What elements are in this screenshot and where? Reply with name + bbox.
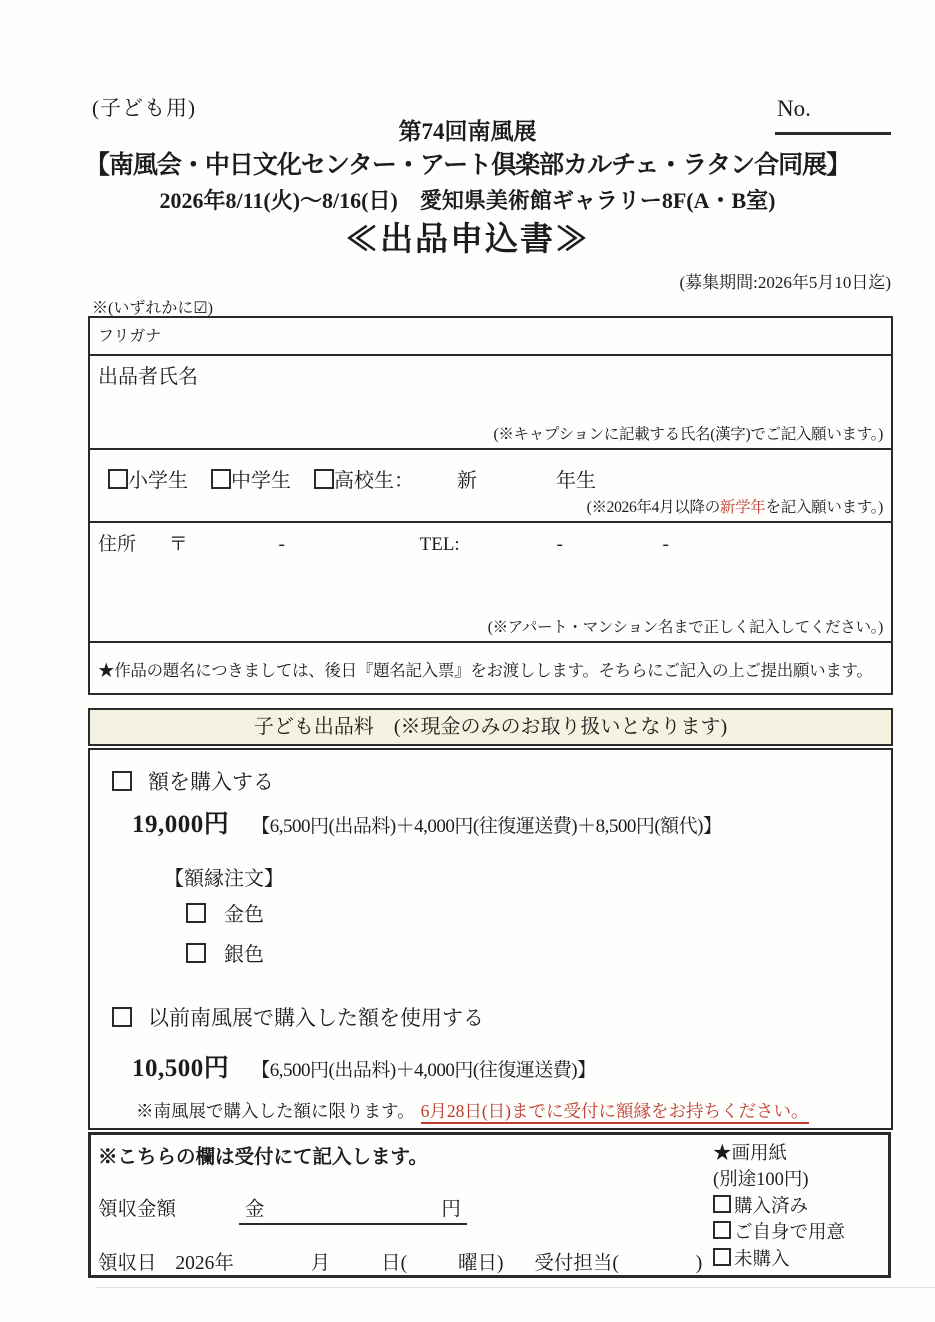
received-weekday-label: 曜日)	[458, 1253, 504, 1274]
form-header: 第74回南風展 【南風会・中日文化センター・アート倶楽部カルチェ・ラタン合同展】…	[0, 115, 935, 263]
option-frame-silver: 銀色	[186, 938, 264, 967]
buy-frame-price-line: 19,000円 【6,500円(出品料)＋4,000円(往復運送費)＋8,500…	[132, 804, 721, 840]
option-buy-frame: 額を購入する	[112, 766, 274, 796]
address-entry-note: (※アパート・マンション名まで正しく記入してください。)	[488, 615, 883, 637]
scan-artifact-line	[96, 1287, 935, 1288]
grade-option-junior-high: 中学生	[211, 470, 291, 492]
fee-options-box: 額を購入する 19,000円 【6,500円(出品料)＋4,000円(往復運送費…	[88, 748, 893, 1130]
checkbox-buy-frame-icon	[112, 771, 132, 791]
buy-frame-breakdown: 【6,500円(出品料)＋4,000円(往復運送費)＋8,500円(額代)】	[251, 811, 721, 838]
checkbox-elementary-icon	[108, 469, 128, 489]
high-school-label: 高校生：	[334, 470, 414, 492]
reuse-frame-price: 10,500円	[132, 1048, 229, 1084]
option-reuse-frame: 以前南風展で購入した額を使用する	[112, 1002, 484, 1032]
joint-exhibition-title: 【南風会・中日文化センター・アート倶楽部カルチェ・ラタン合同展】	[0, 148, 935, 184]
silver-label: 銀色	[224, 944, 264, 966]
received-month-label: 月	[311, 1253, 331, 1274]
drawing-paper-extra-cost: (別途100円)	[713, 1167, 845, 1193]
received-date-label: 領収日	[98, 1253, 157, 1274]
scanned-application-form: (子ども用) No. 第74回南風展 【南風会・中日文化センター・アート倶楽部カ…	[0, 0, 935, 1322]
tel-dash-2: -	[663, 534, 669, 555]
reuse-frame-note: ※南風展で購入した額に限ります。6月28日(日)までに受付に額縁をお持ちください…	[136, 1098, 809, 1123]
reception-use-box: ※こちらの欄は受付にて記入します。 領収金額 金 円 領収日 2026年 月 日…	[88, 1132, 891, 1278]
tel-label: TEL:	[420, 534, 460, 555]
check-instruction-note: ※(いずれかに☑)	[92, 295, 213, 318]
grade-note-prefix: (※2026年4月以降の	[587, 499, 720, 516]
paper-not-purchased-label: 未購入	[734, 1250, 790, 1270]
checkbox-paper-purchased-icon	[713, 1195, 731, 1213]
date-venue-line: 2026年8/11(火)〜8/16(日) 愛知県美術館ギャラリー8F(A・B室)	[0, 184, 935, 217]
amount-suffix: 円	[441, 1193, 461, 1221]
reception-box-title: ※こちらの欄は受付にて記入します。	[98, 1141, 428, 1169]
tel-dash-1: -	[556, 534, 562, 555]
exhibitor-name-row: 出品者氏名 (※キャプションに記載する氏名(漢字)でご記入願います。)	[90, 354, 891, 448]
checkbox-junior-high-icon	[211, 469, 231, 489]
postal-mark: 〒	[169, 534, 188, 555]
checkbox-gold-icon	[186, 903, 206, 923]
artwork-title-note: ★作品の題名につきましては、後日『題名記入票』をお渡しします。そちらにご記入の上…	[98, 661, 873, 680]
received-day-label: 日(	[381, 1253, 407, 1274]
buy-frame-label: 額を購入する	[148, 770, 274, 794]
exhibition-title: 第74回南風展	[0, 115, 935, 148]
reuse-frame-price-line: 10,500円 【6,500円(出品料)＋4,000円(往復運送費)】	[132, 1048, 596, 1084]
new-grade-prefix: 新	[457, 470, 477, 492]
reuse-note-black: ※南風展で購入した額に限ります。	[136, 1101, 415, 1121]
checkbox-reuse-frame-icon	[112, 1007, 132, 1027]
form-title: ≪出品申込書≫	[0, 217, 935, 263]
buy-frame-price: 19,000円	[132, 804, 229, 840]
checkbox-high-school-icon	[314, 469, 334, 489]
received-amount-label: 領収金額	[98, 1199, 176, 1220]
application-period: (募集期間:2026年5月10日迄)	[679, 268, 891, 293]
received-year: 2026年	[175, 1253, 234, 1274]
grade-year-suffix: 年生	[556, 470, 596, 492]
grade-row: 小学生 中学生 高校生： 新 年生 (※2026年4月以降の新学年を記入願います…	[90, 448, 891, 521]
grade-option-high-school: 高校生：	[314, 470, 414, 492]
exhibitor-name-label: 出品者氏名	[98, 366, 198, 388]
amount-prefix: 金	[245, 1193, 265, 1221]
frame-order-label: 【額縁注文】	[164, 862, 284, 891]
grade-option-elementary: 小学生	[108, 470, 188, 492]
option-paper-not-purchased: 未購入	[713, 1247, 845, 1273]
option-paper-purchased: 購入済み	[713, 1194, 845, 1220]
paper-purchased-label: 購入済み	[734, 1197, 808, 1217]
artwork-title-note-row: ★作品の題名につきましては、後日『題名記入票』をお渡しします。そちらにご記入の上…	[90, 641, 891, 693]
reuse-frame-breakdown: 【6,500円(出品料)＋4,000円(往復運送費)】	[251, 1055, 595, 1082]
applicant-info-table: フリガナ 出品者氏名 (※キャプションに記載する氏名(漢字)でご記入願います。)…	[88, 316, 893, 695]
received-amount-line: 領収金額 金 円	[98, 1193, 467, 1225]
reception-staff-close: )	[696, 1253, 703, 1274]
grade-note-highlight: 新学年	[720, 499, 766, 516]
paper-self-label: ご自身で用意	[734, 1223, 845, 1243]
postal-dash: -	[279, 534, 285, 555]
furigana-row: フリガナ	[90, 318, 891, 354]
checkbox-silver-icon	[186, 943, 206, 963]
drawing-paper-section: ★画用紙 (別途100円) 購入済み ご自身で用意 未購入	[713, 1141, 845, 1273]
furigana-label: フリガナ	[98, 328, 161, 345]
junior-high-label: 中学生	[231, 470, 291, 492]
name-entry-note: (※キャプションに記載する氏名(漢字)でご記入願います。)	[493, 422, 883, 444]
received-amount-blank: 金 円	[239, 1193, 467, 1225]
reuse-note-deadline: 6月28日(日)までに受付に額縁をお持ちください。	[421, 1101, 809, 1124]
grade-entry-note: (※2026年4月以降の新学年を記入願います。)	[587, 495, 883, 517]
fee-section-header: 子ども出品料 (※現金のみのお取り扱いとなります)	[88, 708, 893, 746]
reuse-frame-label: 以前南風展で購入した額を使用する	[148, 1006, 484, 1030]
received-date-line: 領収日 2026年 月 日( 曜日) 受付担当( )	[98, 1247, 702, 1275]
reception-staff-label: 受付担当(	[534, 1253, 619, 1274]
option-frame-gold: 金色	[186, 898, 264, 927]
checkbox-paper-self-icon	[713, 1221, 731, 1239]
address-label: 住所	[98, 534, 136, 555]
option-paper-self-prepared: ご自身で用意	[713, 1220, 845, 1246]
checkbox-paper-not-purchased-icon	[713, 1248, 731, 1266]
drawing-paper-title: ★画用紙	[713, 1141, 845, 1167]
elementary-label: 小学生	[128, 470, 188, 492]
gold-label: 金色	[224, 904, 264, 926]
grade-note-suffix: を記入願います。)	[766, 499, 883, 516]
address-row: 住所 〒 - TEL: - - (※アパート・マンション名まで正しく記入してくだ…	[90, 521, 891, 641]
